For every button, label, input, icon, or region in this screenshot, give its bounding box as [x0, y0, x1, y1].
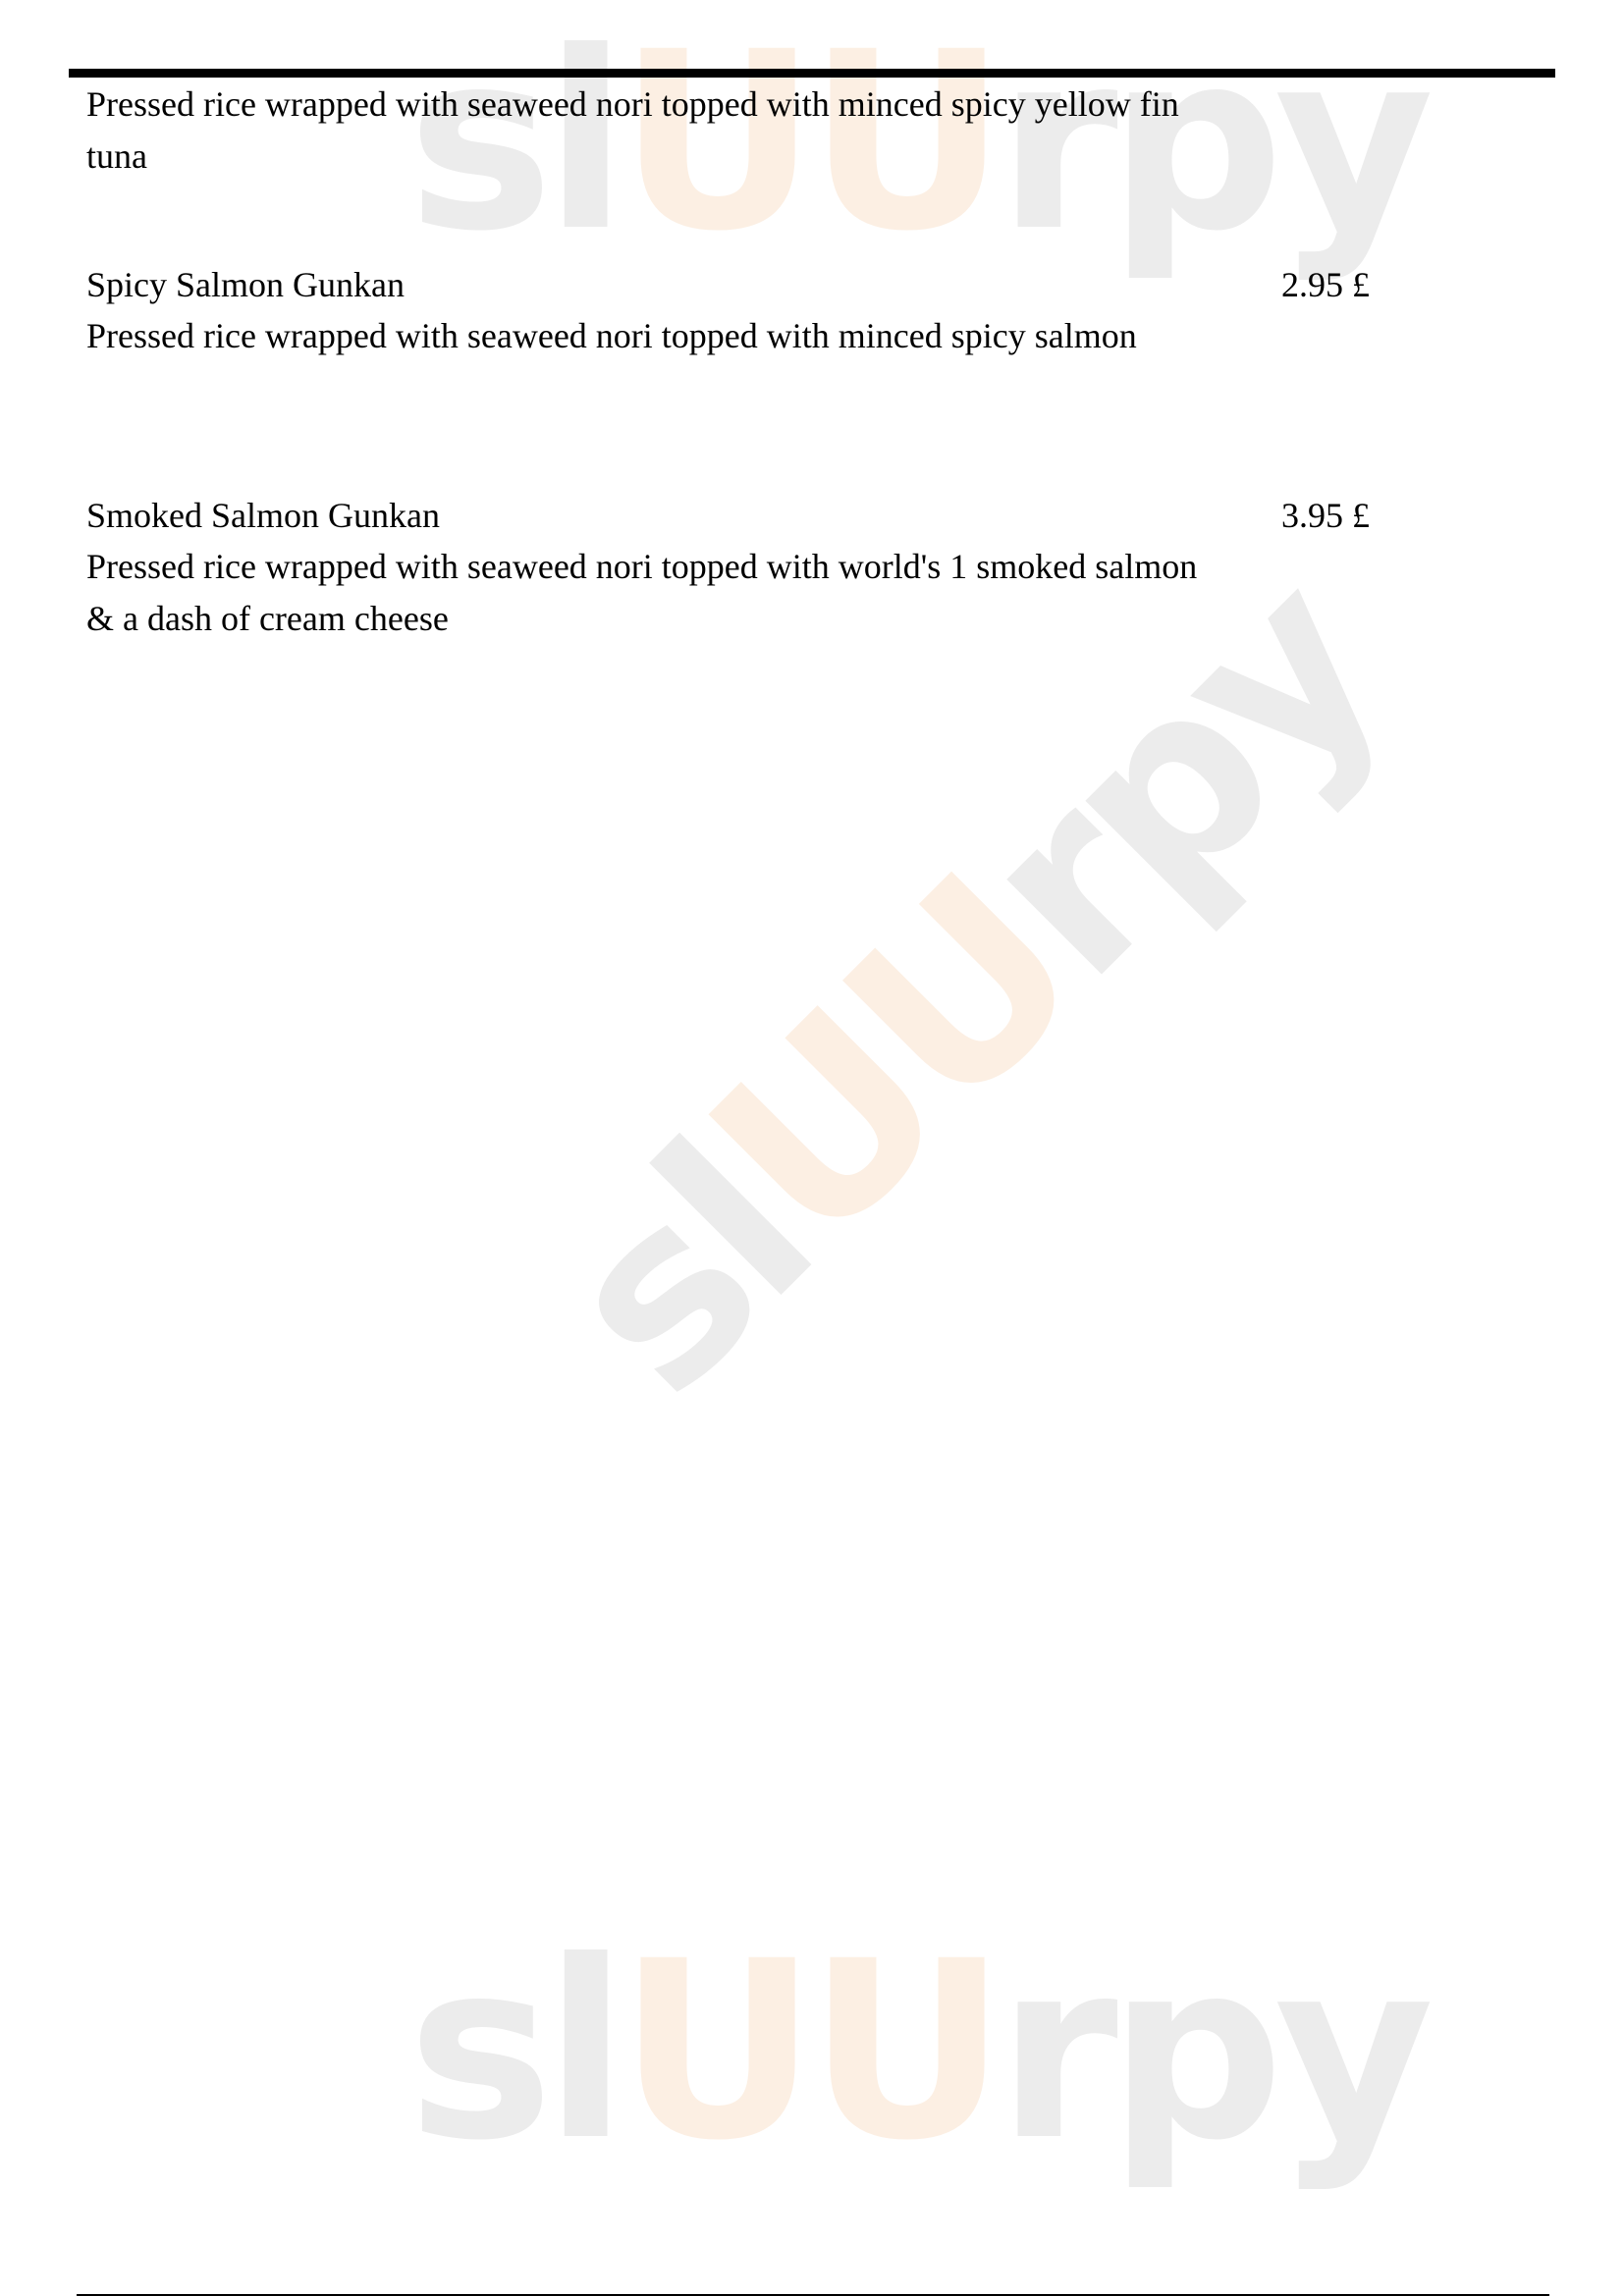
watermark-text: sl [509, 1095, 859, 1446]
slurpy-watermark: slUUrpy [523, 540, 1416, 1432]
menu-item-name: Spicy Salmon Gunkan [86, 259, 1225, 311]
menu-item-description: Pressed rice wrapped with seaweed nori t… [86, 310, 1225, 362]
watermark-text: UU [619, 1908, 998, 2194]
watermark-text: UU [658, 828, 1128, 1298]
menu-item-price: 2.95 £ [1281, 259, 1370, 311]
menu-item-name: Smoked Salmon Gunkan [86, 490, 1225, 542]
menu-item-price: 3.95 £ [1281, 490, 1370, 542]
slurpy-watermark: slUUrpy [407, 1929, 1425, 2174]
watermark-text: rpy [998, 1908, 1425, 2194]
menu-item-description: Pressed rice wrapped with seaweed nori t… [86, 79, 1225, 182]
menu-item-description: Pressed rice wrapped with seaweed nori t… [86, 541, 1225, 644]
top-divider [69, 69, 1555, 78]
watermark-text: sl [407, 1908, 619, 2194]
